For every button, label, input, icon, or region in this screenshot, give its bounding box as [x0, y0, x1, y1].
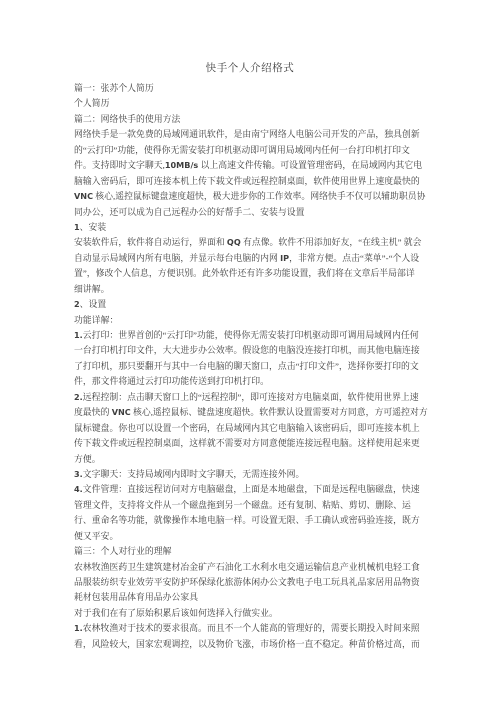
- text-line: VNC 核心,遥控鼠标键盘速度超快，极大进步你的工作效率。网络快手不仅可以辅助职…: [74, 189, 429, 204]
- text-line: 件，那文件将通过云打印功能传送到打印机打印。: [74, 374, 429, 389]
- text-line: 农林牧渔医药卫生建筑建材冶金矿产石油化工水利水电交通运输信息产业机械机电轻工食: [74, 560, 429, 575]
- text-line: 1、安装: [74, 220, 429, 235]
- text-line: 个人简历: [74, 96, 429, 111]
- text-line: 方便。: [74, 452, 429, 467]
- document-page: 快手个人介绍格式 篇一：张苏个人简历个人简历篇二：网络快手的使用方法网络快手是一…: [0, 0, 500, 707]
- text-line: 4.文件管理：直接远程访问对方电脑磁盘，上面是本地磁盘，下面是远程电脑磁盘，快速: [74, 482, 429, 497]
- text-line: 功能详解：: [74, 313, 429, 328]
- text-line: 1.农林牧渔对于技术的要求很高。而且不一个人能高的管理好的，需要长期投入时间来照: [74, 621, 429, 636]
- text-line: 1.云打印：世界首创的“云打印”功能，使得你无需安装打印机驱动即可调用局域网内任…: [74, 328, 429, 343]
- text-line: 管理文件，支持将文件从一个磁盘拖到另一个磁盘。还有复制、粘贴、剪切、删除、运: [74, 498, 429, 513]
- text-line: 的“云打印”功能，使得你无需安装打印机驱动即可调用局域网内任何一台打印机打印文: [74, 143, 429, 158]
- text-line: 行、重命名等功能，就像操作本地电脑一样。可设置无限、手工确认或密码验连接，既方: [74, 513, 429, 528]
- text-line: 一台打印机打印文件，大大进步办公效率。假设您的电脑没连接打印机，而其他电脑连接: [74, 343, 429, 358]
- text-line: 篇一：张苏个人简历: [74, 81, 429, 96]
- text-line: 细讲解。: [74, 282, 429, 297]
- text-line: 了打印机，那只要翻开与其中一台电脑的聊天窗口，点击“打印文件”，选择你要打印的文: [74, 359, 429, 374]
- text-line: 脑输入密码后，即可连接本机上传下载文件或远程控制桌面，软件使用世界上速度最快的: [74, 174, 429, 189]
- text-line: 看，风险较大，国家宏观调控，以及物价飞涨，市场价格一直不稳定。种苗价格过高，而: [74, 637, 429, 652]
- text-line: 同办公，还可以成为自己远程办公的好帮手二、安装与设置: [74, 205, 429, 220]
- text-line: 对于我们在有了原始积累后该如何选择入行做实业。: [74, 606, 429, 621]
- text-line: 网络快手是一款免费的局域网通讯软件，是由南宁网络人电脑公司开发的产品，独具创新: [74, 127, 429, 142]
- document-body: 篇一：张苏个人简历个人简历篇二：网络快手的使用方法网络快手是一款免费的局域网通讯…: [74, 81, 429, 652]
- text-line: 2.远程控制：点击聊天窗口上的“远程控制”，即可连接对方电脑桌面，软件使用世界上…: [74, 390, 429, 405]
- text-line: 篇三：个人对行业的理解: [74, 544, 429, 559]
- text-line: 2、设置: [74, 297, 429, 312]
- text-line: 耗材包装用品体育用品办公家具: [74, 590, 429, 605]
- text-line: 传下载文件或远程控制桌面，这样就不需要对方同意便能连接远程电脑。这样使用起来更: [74, 436, 429, 451]
- text-line: 置”，修改个人信息，方便识别。此外软件还有许多功能设置，我们将在文章后半局部详: [74, 266, 429, 281]
- text-line: 3.文字聊天：支持局域网内即时文字聊天，无需连接外网。: [74, 467, 429, 482]
- text-line: 鼠标键盘。你也可以设置一个密码，在局域网内其它电脑输入该密码后，即可连接本机上: [74, 421, 429, 436]
- text-line: 便又平安。: [74, 529, 429, 544]
- text-line: 度最快的 VNC 核心,遥控鼠标、键盘速度超快。软件默认设置需要对方同意，方可遥…: [74, 405, 429, 420]
- document-title: 快手个人介绍格式: [0, 60, 500, 75]
- text-line: 安装软件后，软件将自动运行，界面和 QQ 有点像。软件不用添加好友，“在线主机”…: [74, 235, 429, 250]
- text-line: 篇二：网络快手的使用方法: [74, 112, 429, 127]
- text-line: 自动显示局域网内所有电脑，并显示每台电脑的内网 IP，非常方便。点击“菜单”-“…: [74, 251, 429, 266]
- text-line: 品服装纺织专业效劳平安防护环保绿化旅游体闲办公文教电子电工玩具礼品家居用品物资: [74, 575, 429, 590]
- text-line: 件。支持即时文字聊天,10MB/s 以上高速文件传输。可设置管理密码，在局域网内…: [74, 158, 429, 173]
